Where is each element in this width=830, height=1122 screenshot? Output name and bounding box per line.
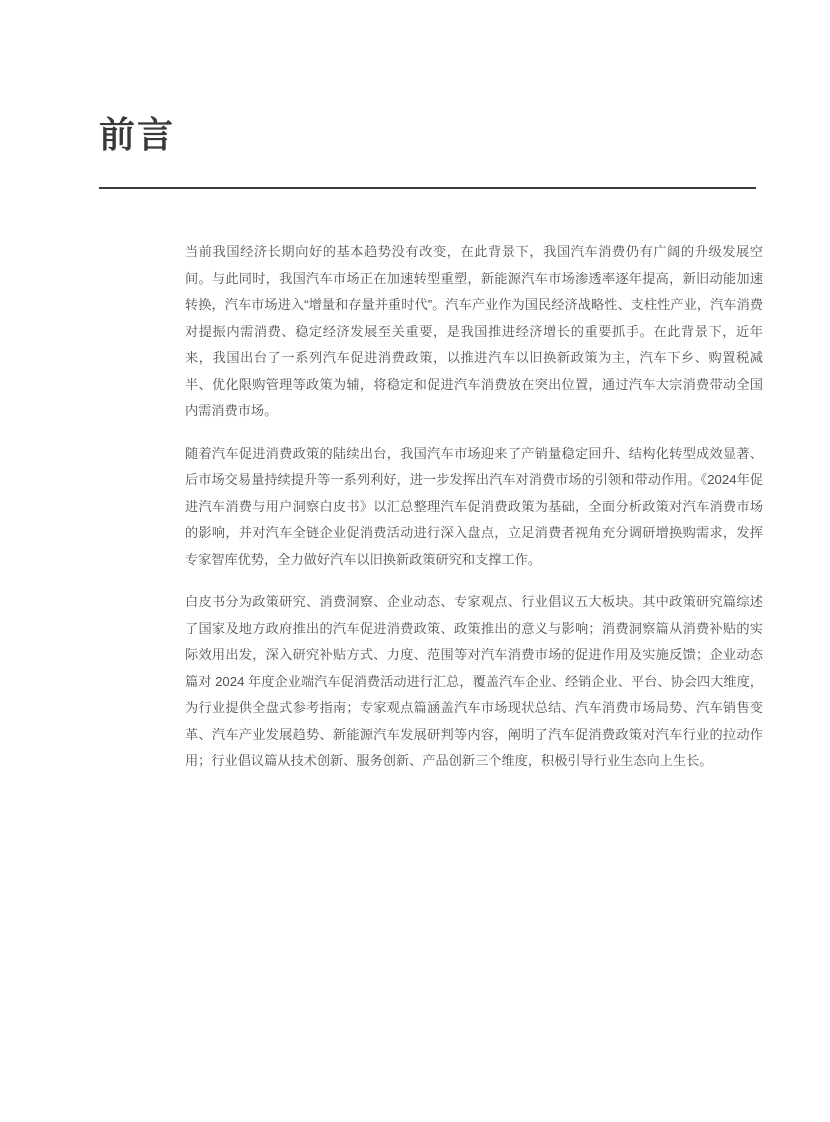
document-page: 前言 当前我国经济长期向好的基本趋势没有改变，在此背景下，我国汽车消费仍有广阔的…: [0, 0, 830, 1122]
preface-paragraph-1: 当前我国经济长期向好的基本趋势没有改变，在此背景下，我国汽车消费仍有广阔的升级发…: [185, 239, 763, 425]
preface-paragraph-3: 白皮书分为政策研究、消费洞察、企业动态、专家观点、行业倡议五大板块。其中政策研究…: [185, 589, 763, 775]
preface-paragraph-2: 随着汽车促进消费政策的陆续出台，我国汽车市场迎来了产销量稳定回升、结构化转型成效…: [185, 441, 763, 574]
title-divider: [99, 187, 756, 189]
preface-body: 当前我国经济长期向好的基本趋势没有改变，在此背景下，我国汽车消费仍有广阔的升级发…: [185, 239, 763, 775]
page-title: 前言: [99, 112, 175, 158]
